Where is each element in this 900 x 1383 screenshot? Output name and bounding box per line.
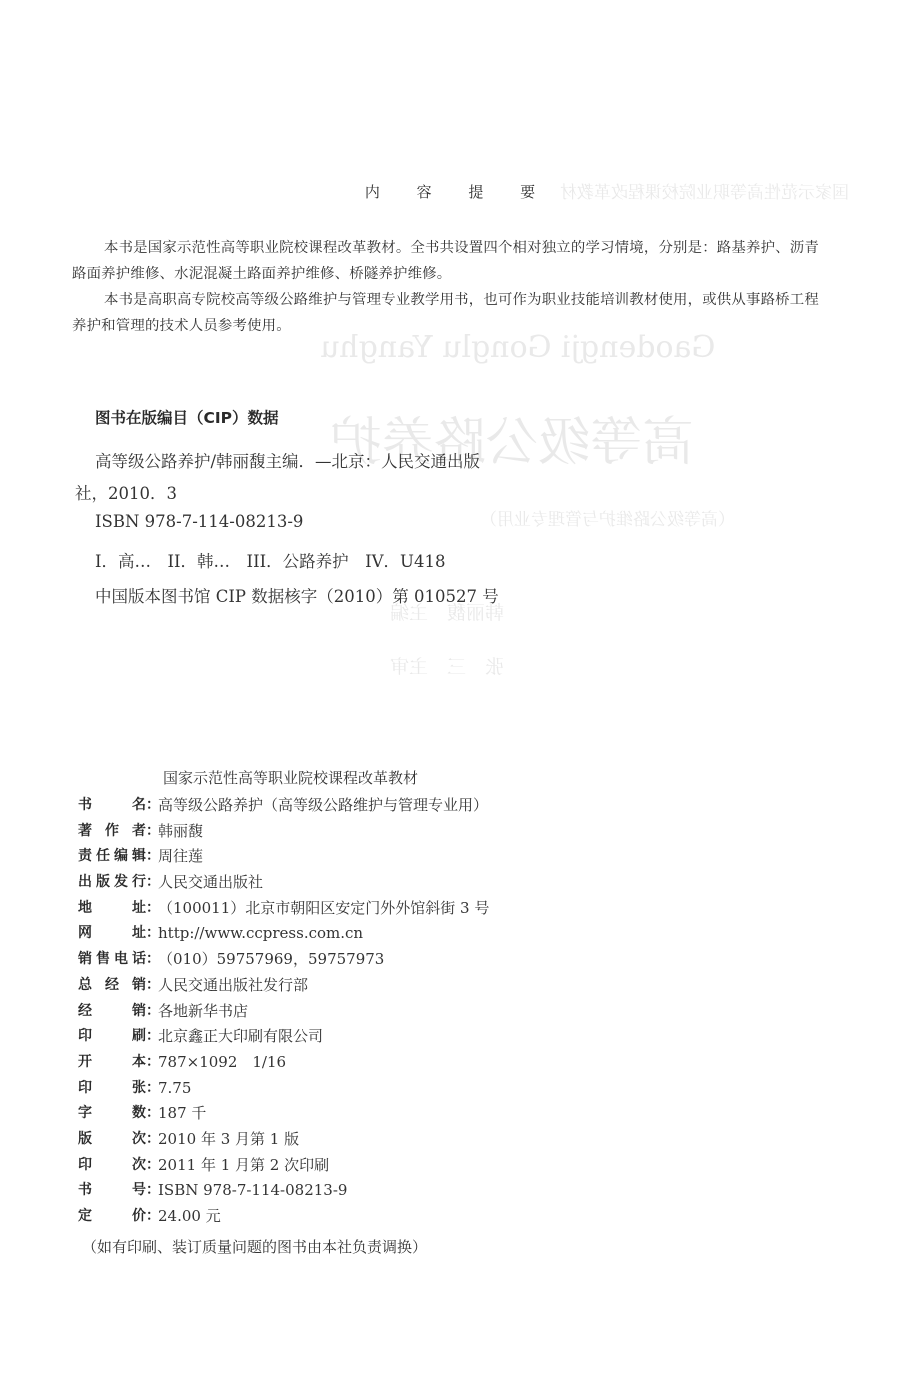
detail-label: 书名 — [78, 793, 146, 819]
detail-label-char: 经 — [105, 973, 119, 999]
detail-row: 销售电话：（010）59757969，59757973 — [78, 947, 489, 973]
detail-label-char: 经 — [78, 999, 92, 1025]
detail-label-char: 行 — [132, 870, 146, 896]
detail-label: 印刷 — [78, 1024, 146, 1050]
detail-label-char: 者 — [132, 819, 146, 845]
detail-label-char: 地 — [78, 896, 92, 922]
detail-value: 2011 年 1 月第 2 次印刷 — [156, 1153, 329, 1179]
detail-label-char: 开 — [78, 1050, 92, 1076]
detail-label: 经销 — [78, 999, 146, 1025]
detail-colon: ： — [146, 1127, 156, 1153]
detail-row: 经销：各地新华书店 — [78, 999, 489, 1025]
bleed-through-ghost-text: 张 三 主审 — [390, 652, 504, 679]
cip-record-number: 中国版本图书馆 CIP 数据核字（2010）第 010527 号 — [95, 583, 499, 607]
detail-colon: ： — [146, 973, 156, 999]
detail-label: 定价 — [78, 1204, 146, 1230]
detail-label-char: 次 — [132, 1127, 146, 1153]
detail-label-char: 售 — [96, 947, 110, 973]
detail-label: 责任编辑 — [78, 844, 146, 870]
detail-label-char: 址 — [132, 921, 146, 947]
summary-body: 本书是国家示范性高等职业院校课程改革教材。全书共设置四个相对独立的学习情境，分别… — [72, 235, 832, 339]
detail-colon: ： — [146, 1024, 156, 1050]
detail-label-char: 辑 — [132, 844, 146, 870]
detail-label-char: 刷 — [132, 1024, 146, 1050]
detail-label-char: 名 — [132, 793, 146, 819]
detail-row: 著作者：韩丽馥 — [78, 819, 489, 845]
detail-label-char: 价 — [132, 1204, 146, 1230]
detail-value: 7.75 — [156, 1076, 191, 1102]
detail-label: 地址 — [78, 896, 146, 922]
detail-value: （100011）北京市朝阳区安定门外外馆斜街 3 号 — [156, 896, 489, 922]
detail-row: 版次：2010 年 3 月第 1 版 — [78, 1127, 489, 1153]
detail-label-char: 数 — [132, 1101, 146, 1127]
summary-paragraph: 本书是国家示范性高等职业院校课程改革教材。全书共设置四个相对独立的学习情境，分别… — [72, 235, 832, 287]
detail-label-char: 出 — [78, 870, 92, 896]
detail-label: 印次 — [78, 1153, 146, 1179]
cip-isbn: ISBN 978-7-114-08213-9 — [95, 512, 303, 531]
detail-row: 总经销：人民交通出版社发行部 — [78, 973, 489, 999]
detail-label-char: 版 — [78, 1127, 92, 1153]
detail-row: 出版发行：人民交通出版社 — [78, 870, 489, 896]
detail-label-char: 编 — [114, 844, 128, 870]
cip-classification: I．高… II．韩… III．公路养护 IV．U418 — [95, 548, 445, 572]
detail-value: 2010 年 3 月第 1 版 — [156, 1127, 299, 1153]
detail-value: （010）59757969，59757973 — [156, 947, 384, 973]
detail-value: 韩丽馥 — [156, 819, 203, 845]
detail-label-char: 号 — [132, 1178, 146, 1204]
detail-label-char: 任 — [96, 844, 110, 870]
detail-row: 印刷：北京鑫正大印刷有限公司 — [78, 1024, 489, 1050]
detail-label: 版次 — [78, 1127, 146, 1153]
detail-value: 高等级公路养护（高等级公路维护与管理专业用） — [156, 793, 488, 819]
detail-colon: ： — [146, 1050, 156, 1076]
detail-value: 周往莲 — [156, 844, 203, 870]
bleed-through-ghost-text: （高等级公路维护与管理专业用） — [480, 505, 735, 530]
detail-label-char: 著 — [78, 819, 92, 845]
detail-label-char: 印 — [78, 1076, 92, 1102]
detail-label-char: 张 — [132, 1076, 146, 1102]
detail-colon: ： — [146, 921, 156, 947]
quality-note: （如有印刷、装订质量问题的图书由本社负责调换） — [82, 1236, 427, 1257]
detail-row: 书名：高等级公路养护（高等级公路维护与管理专业用） — [78, 793, 489, 819]
detail-value: 24.00 元 — [156, 1204, 221, 1230]
detail-label-char: 书 — [78, 793, 92, 819]
detail-value: 各地新华书店 — [156, 999, 248, 1025]
detail-label-char: 书 — [78, 1178, 92, 1204]
detail-colon: ： — [146, 947, 156, 973]
detail-label-char: 网 — [78, 921, 92, 947]
detail-label-char: 址 — [132, 896, 146, 922]
detail-row: 印次：2011 年 1 月第 2 次印刷 — [78, 1153, 489, 1179]
detail-label-char: 总 — [78, 973, 92, 999]
detail-colon: ： — [146, 1153, 156, 1179]
publication-details: 书名：高等级公路养护（高等级公路维护与管理专业用）著作者：韩丽馥责任编辑：周往莲… — [78, 793, 489, 1230]
detail-colon: ： — [146, 1101, 156, 1127]
detail-label-char: 定 — [78, 1204, 92, 1230]
detail-row: 书号：ISBN 978-7-114-08213-9 — [78, 1178, 489, 1204]
detail-label: 出版发行 — [78, 870, 146, 896]
summary-title: 内 容 提 要 — [0, 181, 900, 202]
detail-label: 著作者 — [78, 819, 146, 845]
detail-row: 地址：（100011）北京市朝阳区安定门外外馆斜街 3 号 — [78, 896, 489, 922]
detail-row: 字数：187 千 — [78, 1101, 489, 1127]
detail-label-char: 电 — [114, 947, 128, 973]
series-name: 国家示范性高等职业院校课程改革教材 — [163, 767, 418, 788]
detail-label-char: 销 — [132, 973, 146, 999]
detail-colon: ： — [146, 844, 156, 870]
detail-colon: ： — [146, 1178, 156, 1204]
detail-value: 人民交通出版社 — [156, 870, 263, 896]
detail-label-char: 印 — [78, 1024, 92, 1050]
detail-colon: ： — [146, 999, 156, 1025]
detail-label-char: 销 — [78, 947, 92, 973]
detail-colon: ： — [146, 1204, 156, 1230]
detail-value: 187 千 — [156, 1101, 206, 1127]
detail-label-char: 销 — [132, 999, 146, 1025]
summary-paragraph: 本书是高职高专院校高等级公路维护与管理专业教学用书，也可作为职业技能培训教材使用… — [72, 287, 832, 339]
detail-value: 北京鑫正大印刷有限公司 — [156, 1024, 323, 1050]
detail-colon: ： — [146, 793, 156, 819]
detail-colon: ： — [146, 896, 156, 922]
detail-label: 总经销 — [78, 973, 146, 999]
detail-label-char: 责 — [78, 844, 92, 870]
detail-label-char: 次 — [132, 1153, 146, 1179]
detail-value: 787×1092 1/16 — [156, 1050, 286, 1076]
detail-colon: ： — [146, 819, 156, 845]
detail-label: 开本 — [78, 1050, 146, 1076]
detail-value: 人民交通出版社发行部 — [156, 973, 308, 999]
detail-colon: ： — [146, 1076, 156, 1102]
detail-value: http://www.ccpress.com.cn — [156, 921, 363, 947]
detail-value: ISBN 978-7-114-08213-9 — [156, 1178, 347, 1204]
detail-row: 定价：24.00 元 — [78, 1204, 489, 1230]
detail-label-char: 话 — [132, 947, 146, 973]
detail-label-char: 发 — [114, 870, 128, 896]
detail-label: 书号 — [78, 1178, 146, 1204]
detail-label-char: 印 — [78, 1153, 92, 1179]
detail-label-char: 本 — [132, 1050, 146, 1076]
detail-label-char: 字 — [78, 1101, 92, 1127]
detail-row: 开本：787×1092 1/16 — [78, 1050, 489, 1076]
cip-publisher-line: 社，2010．3 — [75, 480, 177, 504]
detail-label: 网址 — [78, 921, 146, 947]
detail-label: 字数 — [78, 1101, 146, 1127]
cip-heading: 图书在版编目（CIP）数据 — [95, 406, 279, 428]
detail-row: 印张：7.75 — [78, 1076, 489, 1102]
detail-label: 销售电话 — [78, 947, 146, 973]
detail-row: 网址：http://www.ccpress.com.cn — [78, 921, 489, 947]
detail-label: 印张 — [78, 1076, 146, 1102]
detail-label-char: 作 — [105, 819, 119, 845]
detail-colon: ： — [146, 870, 156, 896]
cip-title-line: 高等级公路养护/韩丽馥主编．—北京：人民交通出版 — [95, 448, 480, 472]
detail-label-char: 版 — [96, 870, 110, 896]
detail-row: 责任编辑：周往莲 — [78, 844, 489, 870]
